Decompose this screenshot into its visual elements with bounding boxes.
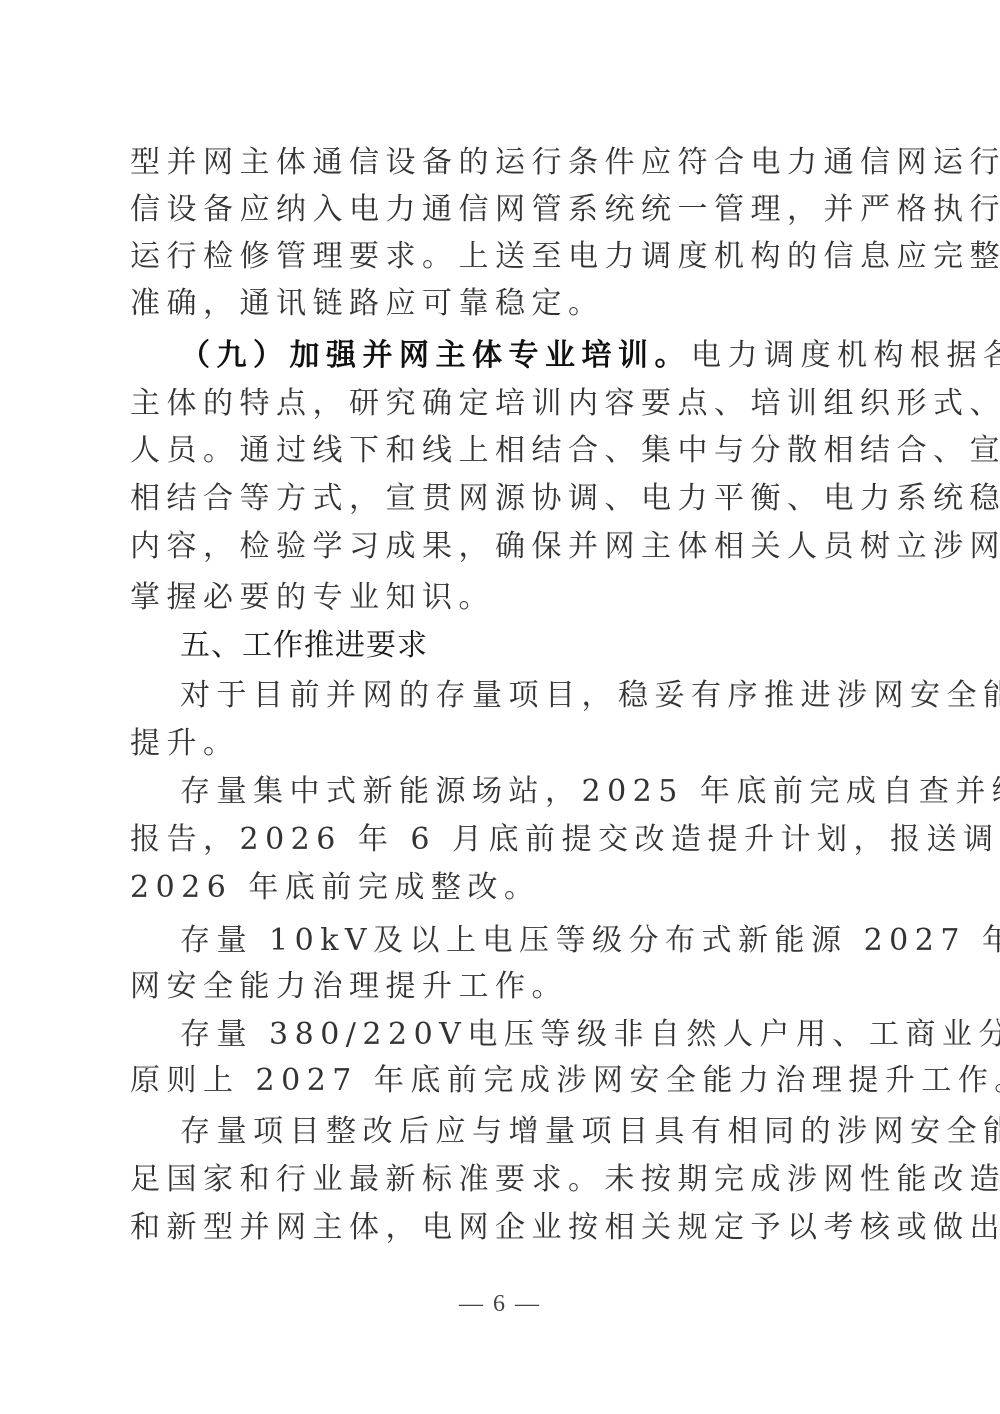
paragraph-line: 存量集中式新能源场站，2025 年底前完成自查并编写自查 <box>180 772 870 812</box>
section-item-title: （九）加强并网主体专业培训。 <box>180 338 691 373</box>
paragraph-line: 内容，检验学习成果，确保并网主体相关人员树立涉网安全意识， <box>130 527 870 567</box>
paragraph-line: 提升。 <box>130 724 870 764</box>
paragraph-text: 电力调度机构根据各类并网 <box>691 338 1000 373</box>
paragraph-line: 人员。通过线下和线上相结合、集中与分散相结合、宣讲与考试 <box>130 431 870 471</box>
paragraph-line: 运行检修管理要求。上送至电力调度机构的信息应完整、齐全、 <box>130 237 870 277</box>
paragraph-line: 对于目前并网的存量项目，稳妥有序推进涉网安全能力治理 <box>180 676 870 716</box>
document-page: 型并网主体通信设备的运行条件应符合电力通信网运行要求，通 信设备应纳入电力通信网… <box>0 0 1000 1414</box>
paragraph-line: 信设备应纳入电力通信网管系统统一管理，并严格执行通信调度 <box>130 190 870 230</box>
paragraph-line: 存量项目整改后应与增量项目具有相同的涉网安全能力，满 <box>180 1112 870 1152</box>
paragraph-line: 2026 年底前完成整改。 <box>130 868 870 908</box>
paragraph-line: 掌握必要的专业知识。 <box>130 578 870 618</box>
paragraph-line: 型并网主体通信设备的运行条件应符合电力通信网运行要求，通 <box>130 143 870 183</box>
paragraph-line: 报告，2026 年 6 月底前提交改造提升计划，报送调度机构审核， <box>130 820 870 860</box>
page-number: — 6 — <box>0 1287 1000 1321</box>
paragraph-line: 足国家和行业最新标准要求。未按期完成涉网性能改造的新能源 <box>130 1160 870 1200</box>
section-heading: 五、工作推进要求 <box>180 626 870 666</box>
paragraph-line: 原则上 2027 年底前完成涉网安全能力治理提升工作。 <box>130 1061 870 1101</box>
paragraph-line: 主体的特点，研究确定培训内容要点、培训组织形式、参加培训 <box>130 384 870 424</box>
paragraph-line: 存量 380/220V电压等级非自然人户用、工商业分布式光伏 <box>180 1015 870 1055</box>
paragraph-line: 和新型并网主体，电网企业按相关规定予以考核或做出相应处 <box>130 1208 870 1248</box>
paragraph-line: 网安全能力治理提升工作。 <box>130 967 870 1007</box>
paragraph-line: 相结合等方式，宣贯网源协调、电力平衡、电力系统稳定等专业 <box>130 479 870 519</box>
paragraph-line: 存量 10kV及以上电压等级分布式新能源 2027 年底前完成涉 <box>180 921 870 961</box>
paragraph-line: 准确，通讯链路应可靠稳定。 <box>130 284 870 324</box>
paragraph-first-line: （九）加强并网主体专业培训。电力调度机构根据各类并网 <box>180 336 870 376</box>
